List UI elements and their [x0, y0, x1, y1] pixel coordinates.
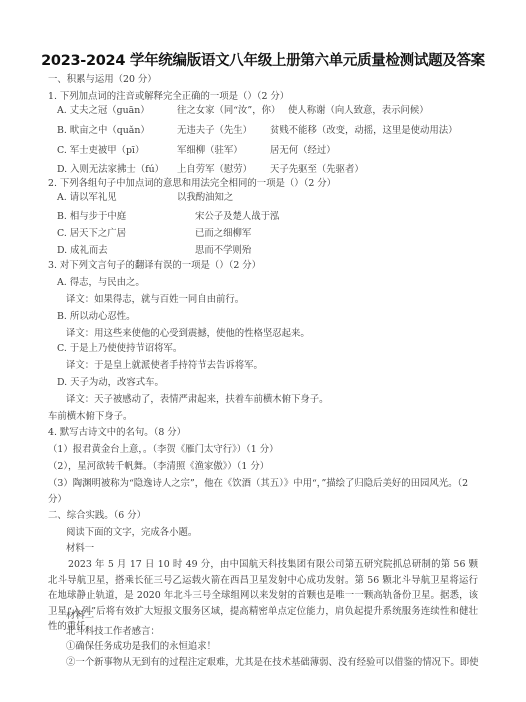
quote-1: ①确保任务成功是我们的永恒追求！: [66, 641, 216, 653]
q3-option-a: A. 得志，与民由之。: [57, 277, 145, 289]
q1-option-c-col3: 居无何（经过）: [270, 145, 336, 157]
q1-option-c-col1: C. 军士吏被甲（pī）: [57, 145, 144, 157]
material-1-text: 2023 年 5 月 17 日 10 时 49 分，由中国航天科技集团有限公司第…: [48, 557, 478, 635]
exam-page: 2023-2024 学年统编版语文八年级上册第六单元质量检测试题及答案 一、积累…: [0, 0, 526, 702]
q1-option-a-col3: 使人称谢（向人致意，表示问候）: [288, 105, 429, 117]
q1-option-a-col2: 往之女家（同“汝”，你）: [177, 105, 280, 117]
q3-option-a-translation: 译文：如果得志，就与百姓一同自由前行。: [66, 294, 244, 306]
q3-option-b: B. 所以动心忍性。: [57, 311, 135, 323]
q4-item-1: （1）报君黄金台上意，。（李贺《雁门太守行》）（1 分）: [48, 444, 279, 456]
q2-option-a-col2: 以我酌油知之: [177, 192, 233, 204]
q1-option-b-col3: 贫贱不能移（改变，动摇，这里是使动用法）: [270, 125, 458, 137]
section-heading-2: 二、综合实践。（6 分）: [48, 510, 146, 522]
page-title: 2023-2024 学年统编版语文八年级上册第六单元质量检测试题及答案: [0, 49, 526, 70]
q3-trailing-text: 车前横木俯下身子。: [48, 411, 132, 423]
section-heading-1: 一、积累与运用（20 分）: [48, 74, 157, 86]
material-2-intro: 北斗科技工作者感言：: [66, 626, 160, 638]
q4-item-3-cont: 分）: [48, 494, 67, 506]
question-4-stem: 4. 默写古诗文中的名句。（8 分）: [48, 427, 186, 439]
q2-option-a-col1: A. 请以军礼见: [57, 192, 117, 204]
quote-2: ②一个新事物从无到有的过程注定艰难，尤其是在技术基础薄弱、没有经验可以借鉴的情况…: [66, 657, 479, 669]
q1-option-a-col1: A. 丈夫之冠（guān）: [57, 105, 150, 117]
q3-option-d-translation: 译文：天子被感动了，表情严肃起来，扶着车前横木俯下身子。: [66, 394, 329, 406]
q2-option-d-col2: 思而不学则殆: [195, 245, 251, 257]
question-1-stem: 1. 下列加点词的注音或解释完全正确的一项是（）（2 分）: [48, 91, 289, 103]
q3-option-b-translation: 译文：用这些来使他的心受到震撼，使他的性格坚忍起来。: [66, 328, 310, 340]
question-2-stem: 2. 下列各组句子中加点词的意思和用法完全相同的一项是（）（2 分）: [48, 178, 336, 190]
q2-option-b-col1: B. 相与步于中庭: [57, 211, 126, 223]
q1-option-d-col3: 天子先驱至（先驱者）: [270, 164, 364, 176]
q2-option-c-col1: C. 居天下之广居: [57, 228, 126, 240]
q4-item-2: （2），星河欲转千帆舞。（李清照《渔家傲》）（1 分）: [48, 461, 269, 473]
q3-option-c-translation: 译文：于是皇上就派使者手持符节去告诉将军。: [66, 360, 263, 372]
q1-option-d-col2: 上自劳军（慰劳）: [177, 164, 252, 176]
q2-option-c-col2: 已而之细柳军: [195, 228, 251, 240]
reading-instruction: 阅读下面的文字，完成各小题。: [66, 527, 197, 539]
question-3-stem: 3. 对下列文言句子的翻译有误的一项是（）（2 分）: [48, 260, 261, 272]
q2-option-d-col1: D. 成礼而去: [57, 245, 108, 257]
material-1-label: 材料一: [66, 543, 94, 555]
q1-option-c-col2: 军细柳（驻军）: [177, 145, 243, 157]
q1-option-b-col1: B. 畎亩之中（quǎn）: [57, 125, 150, 137]
q3-option-c: C. 于是上乃使使持节诏将军。: [57, 343, 182, 355]
material-2-label: 材料二: [66, 610, 94, 622]
q1-option-d-col1: D. 入则无法家拂士（fú）: [57, 164, 164, 176]
q2-option-b-col2: 宋公子及楚人战于泓: [195, 211, 279, 223]
q1-option-b-col2: 无违夫子（先生）: [177, 125, 252, 137]
q3-option-d: D. 天子为动，改容式车。: [57, 377, 164, 389]
q4-item-3: （3）陶渊明被称为“隐逸诗人之宗”，他在《饮酒（其五）》中用“，”描绘了归隐后美…: [48, 478, 468, 490]
